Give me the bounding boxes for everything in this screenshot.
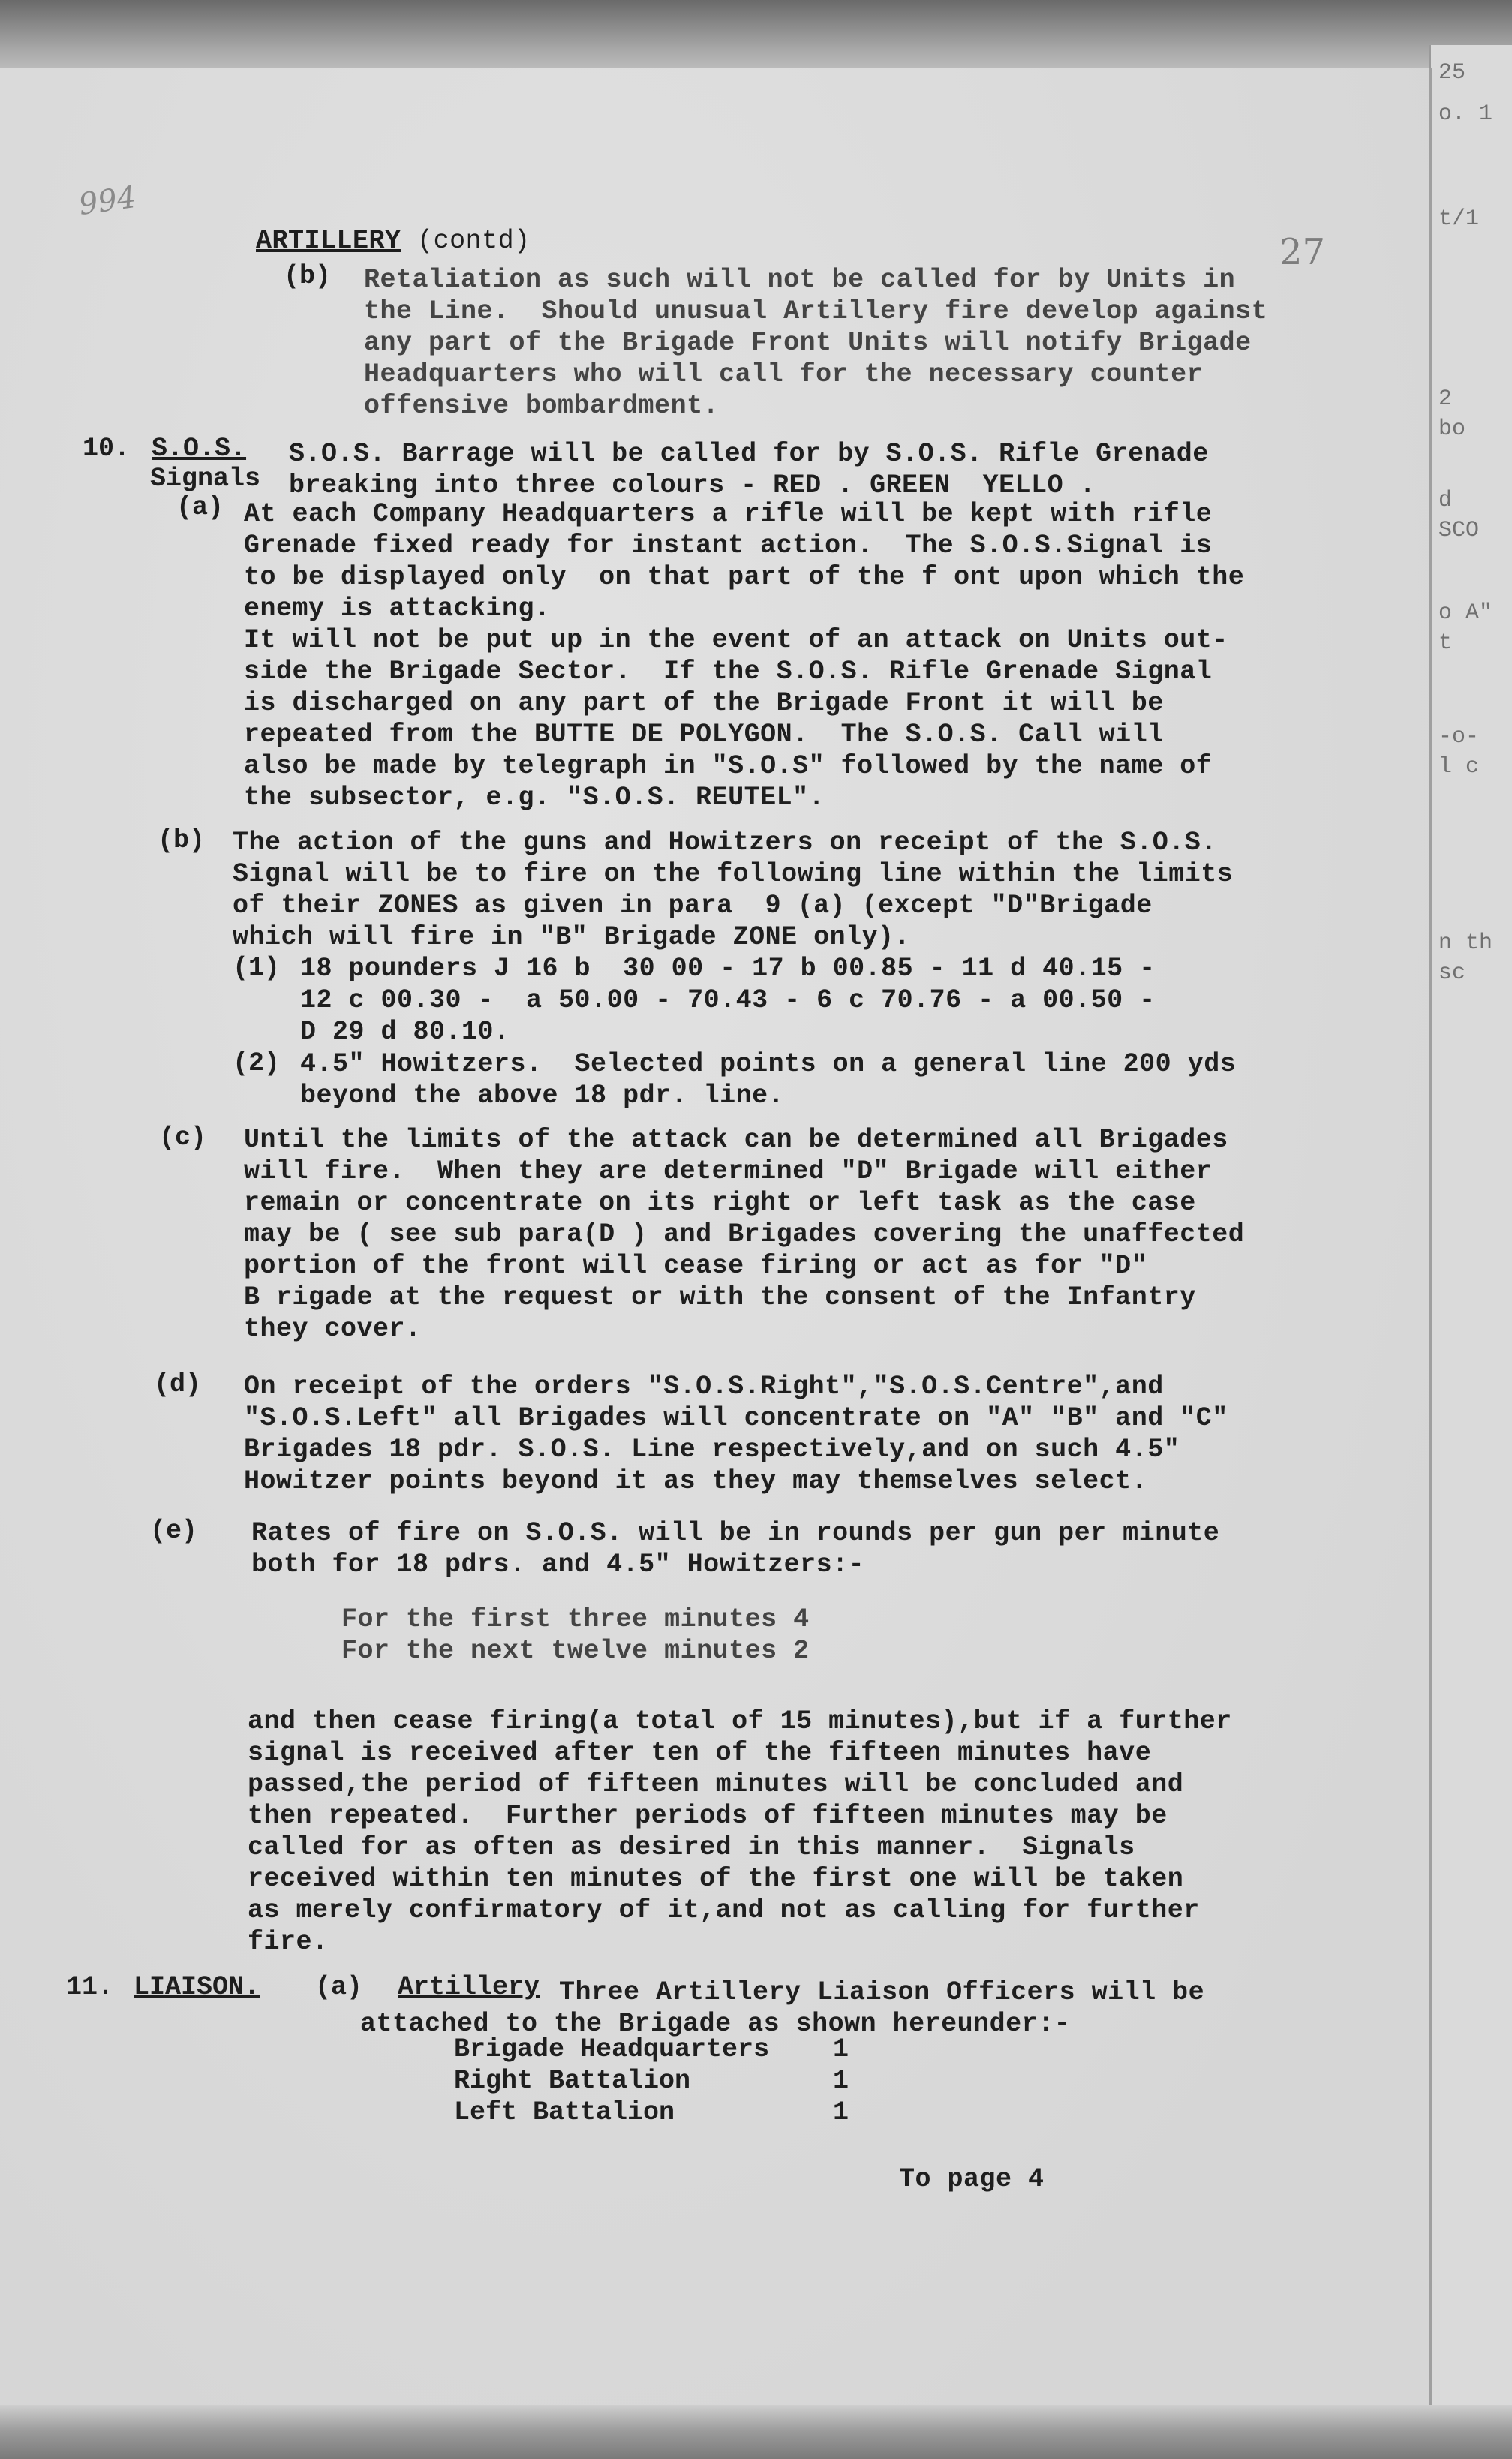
text-line: Rates of fire on S.O.S. will be in round… (251, 1517, 1219, 1549)
sub-a-text: At each Company Headquarters a rifle wil… (244, 498, 1244, 813)
sub-e-label: (e) (150, 1516, 197, 1546)
text-line: Until the limits of the attack can be de… (244, 1124, 1244, 1156)
text-line: the subsector, e.g. "S.O.S. REUTEL". (244, 782, 1244, 813)
text-line: Brigades 18 pdr. S.O.S. Line respectivel… (244, 1434, 1228, 1465)
text-line: fire. (248, 1926, 1232, 1958)
section-11-number: 11. (66, 1972, 113, 2002)
text-line: Grenade fixed ready for instant action. … (244, 530, 1244, 561)
text-line: beyond the above 18 pdr. line. (300, 1080, 1236, 1111)
liaison-unit: Right Battalion (454, 2066, 690, 2096)
text-line: breaking into three colours - RED . GREE… (289, 470, 1209, 501)
underlying-text-fragment: t/1 (1438, 206, 1479, 232)
underlying-page-edge: 25o. 1t/12bodSCOo A"t-o-l cn thsc (1429, 45, 1512, 2409)
heading-title: ARTILLERY (256, 226, 401, 256)
section-11-sub-label: (a) (315, 1972, 362, 2002)
text-line: the Line. Should unusual Artillery fire … (364, 296, 1267, 327)
text-line: "S.O.S.Left" all Brigades will concentra… (244, 1402, 1228, 1434)
section-10-title: S.O.S. (152, 434, 246, 464)
sub-d-label: (d) (154, 1369, 201, 1399)
document-page: 994 27 ARTILLERY (contd) (b) Retaliation… (0, 68, 1432, 2409)
liaison-unit: Brigade Headquarters (454, 2034, 769, 2064)
para-b-retaliation-text: Retaliation as such will not be called f… (364, 264, 1267, 422)
sub-b-item-1-text: 18 pounders J 16 b 30 00 - 17 b 00.85 - … (300, 953, 1156, 1048)
text-line: 12 c 00.30 - a 50.00 - 70.43 - 6 c 70.76… (300, 985, 1156, 1016)
text-line: 4.5" Howitzers. Selected points on a gen… (300, 1048, 1236, 1080)
underlying-text-fragment: d (1438, 488, 1452, 513)
section-11-sub-title: Artillery (398, 1972, 540, 2002)
sub-b-item-2-text: 4.5" Howitzers. Selected points on a gen… (300, 1048, 1236, 1111)
underlying-text-fragment: o A" (1438, 600, 1492, 626)
page-number: 27 (1279, 231, 1325, 273)
sub-c-label: (c) (159, 1123, 206, 1153)
text-line: then repeated. Further periods of fiftee… (248, 1800, 1232, 1832)
text-line: remain or concentrate on its right or le… (244, 1187, 1244, 1219)
sub-b-item-2-label: (2) (233, 1048, 280, 1078)
section-10-number: 10. (83, 434, 130, 464)
text-line: they cover. (244, 1313, 1244, 1345)
underlying-text-fragment: t (1438, 630, 1452, 656)
text-line: called for as often as desired in this m… (248, 1832, 1232, 1863)
text-line: enemy is attacking. (244, 593, 1244, 624)
section-11-line-1: Three Artillery Liaison Officers will be (559, 1977, 1204, 2008)
text-line: D 29 d 80.10. (300, 1016, 1156, 1048)
continuation-note: To page 4 (899, 2163, 1045, 2195)
text-line: signal is received after ten of the fift… (248, 1737, 1232, 1769)
section-11-title: LIAISON. (134, 1972, 260, 2002)
scan-bottom-edge (0, 2405, 1512, 2459)
liaison-row: Right Battalion1 (454, 2065, 979, 2097)
text-line: portion of the front will cease firing o… (244, 1250, 1244, 1282)
text-line: 18 pounders J 16 b 30 00 - 17 b 00.85 - … (300, 953, 1156, 985)
text-line: The action of the guns and Howitzers on … (233, 827, 1233, 858)
liaison-unit: Left Battalion (454, 2097, 675, 2127)
text-line: repeated from the BUTTE DE POLYGON. The … (244, 719, 1244, 750)
text-line: It will not be put up in the event of an… (244, 624, 1244, 656)
text-line: both for 18 pdrs. and 4.5" Howitzers:- (251, 1549, 1219, 1580)
text-line: Retaliation as such will not be called f… (364, 264, 1267, 296)
sub-e-after-text: and then cease firing(a total of 15 minu… (248, 1706, 1232, 1958)
text-line: and then cease firing(a total of 15 minu… (248, 1706, 1232, 1737)
text-line: At each Company Headquarters a rifle wil… (244, 498, 1244, 530)
text-line: as merely confirmatory of it,and not as … (248, 1895, 1232, 1926)
sub-d-text: On receipt of the orders "S.O.S.Right","… (244, 1371, 1228, 1497)
section-10-side-label: Signals (150, 464, 260, 494)
underlying-text-fragment: -o- (1438, 724, 1479, 750)
sub-a-label: (a) (176, 492, 224, 522)
text-line: will fire. When they are determined "D" … (244, 1156, 1244, 1187)
text-line: Howitzer points beyond it as they may th… (244, 1465, 1228, 1497)
text-line: S.O.S. Barrage will be called for by S.O… (289, 438, 1209, 470)
underlying-text-fragment: bo (1438, 416, 1465, 442)
text-line: passed,the period of fifteen minutes wil… (248, 1769, 1232, 1800)
text-line: of their ZONES as given in para 9 (a) (e… (233, 890, 1233, 921)
text-line: which will fire in "B" Brigade ZONE only… (233, 921, 1233, 953)
text-line: On receipt of the orders "S.O.S.Right","… (244, 1371, 1228, 1402)
liaison-row: Brigade Headquarters1 (454, 2034, 979, 2065)
rate-line: For the first three minutes 4 (341, 1604, 810, 1635)
text-line: Signal will be to fire on the following … (233, 858, 1233, 890)
heading-suffix: (contd) (417, 226, 531, 256)
text-line: received within ten minutes of the first… (248, 1863, 1232, 1895)
text-line: B rigade at the request or with the cons… (244, 1282, 1244, 1313)
underlying-text-fragment: n th (1438, 930, 1492, 956)
text-line: Headquarters who will call for the neces… (364, 359, 1267, 390)
para-b-label: (b) (284, 261, 331, 291)
sub-e-text: Rates of fire on S.O.S. will be in round… (251, 1517, 1219, 1580)
liaison-count: 1 (833, 2065, 849, 2097)
text-line: is discharged on any part of the Brigade… (244, 687, 1244, 719)
text-line: side the Brigade Sector. If the S.O.S. R… (244, 656, 1244, 687)
pencil-folio-number: 994 (77, 180, 138, 222)
underlying-text-fragment: 25 (1438, 60, 1465, 86)
underlying-text-fragment: o. 1 (1438, 101, 1492, 127)
text-line: to be displayed only on that part of the… (244, 561, 1244, 593)
underlying-text-fragment: 2 (1438, 386, 1452, 412)
rate-line: For the next twelve minutes 2 (341, 1635, 810, 1667)
sub-b-label: (b) (158, 825, 205, 855)
text-line: offensive bombardment. (364, 390, 1267, 422)
text-line: any part of the Brigade Front Units will… (364, 327, 1267, 359)
underlying-text-fragment: l c (1438, 754, 1479, 780)
sub-b-item-1-label: (1) (233, 953, 280, 983)
liaison-count: 1 (833, 2097, 849, 2128)
text-line: may be ( see sub para(D ) and Brigades c… (244, 1219, 1244, 1250)
liaison-count: 1 (833, 2034, 849, 2065)
sub-e-rates: For the first three minutes 4For the nex… (341, 1604, 810, 1667)
sub-b-text: The action of the guns and Howitzers on … (233, 827, 1233, 953)
underlying-text-fragment: SCO (1438, 518, 1479, 543)
section-10-intro: S.O.S. Barrage will be called for by S.O… (289, 438, 1209, 501)
liaison-row: Left Battalion1 (454, 2097, 979, 2128)
sub-c-text: Until the limits of the attack can be de… (244, 1124, 1244, 1345)
text-line: also be made by telegraph in "S.O.S" fol… (244, 750, 1244, 782)
underlying-text-fragment: sc (1438, 960, 1465, 986)
